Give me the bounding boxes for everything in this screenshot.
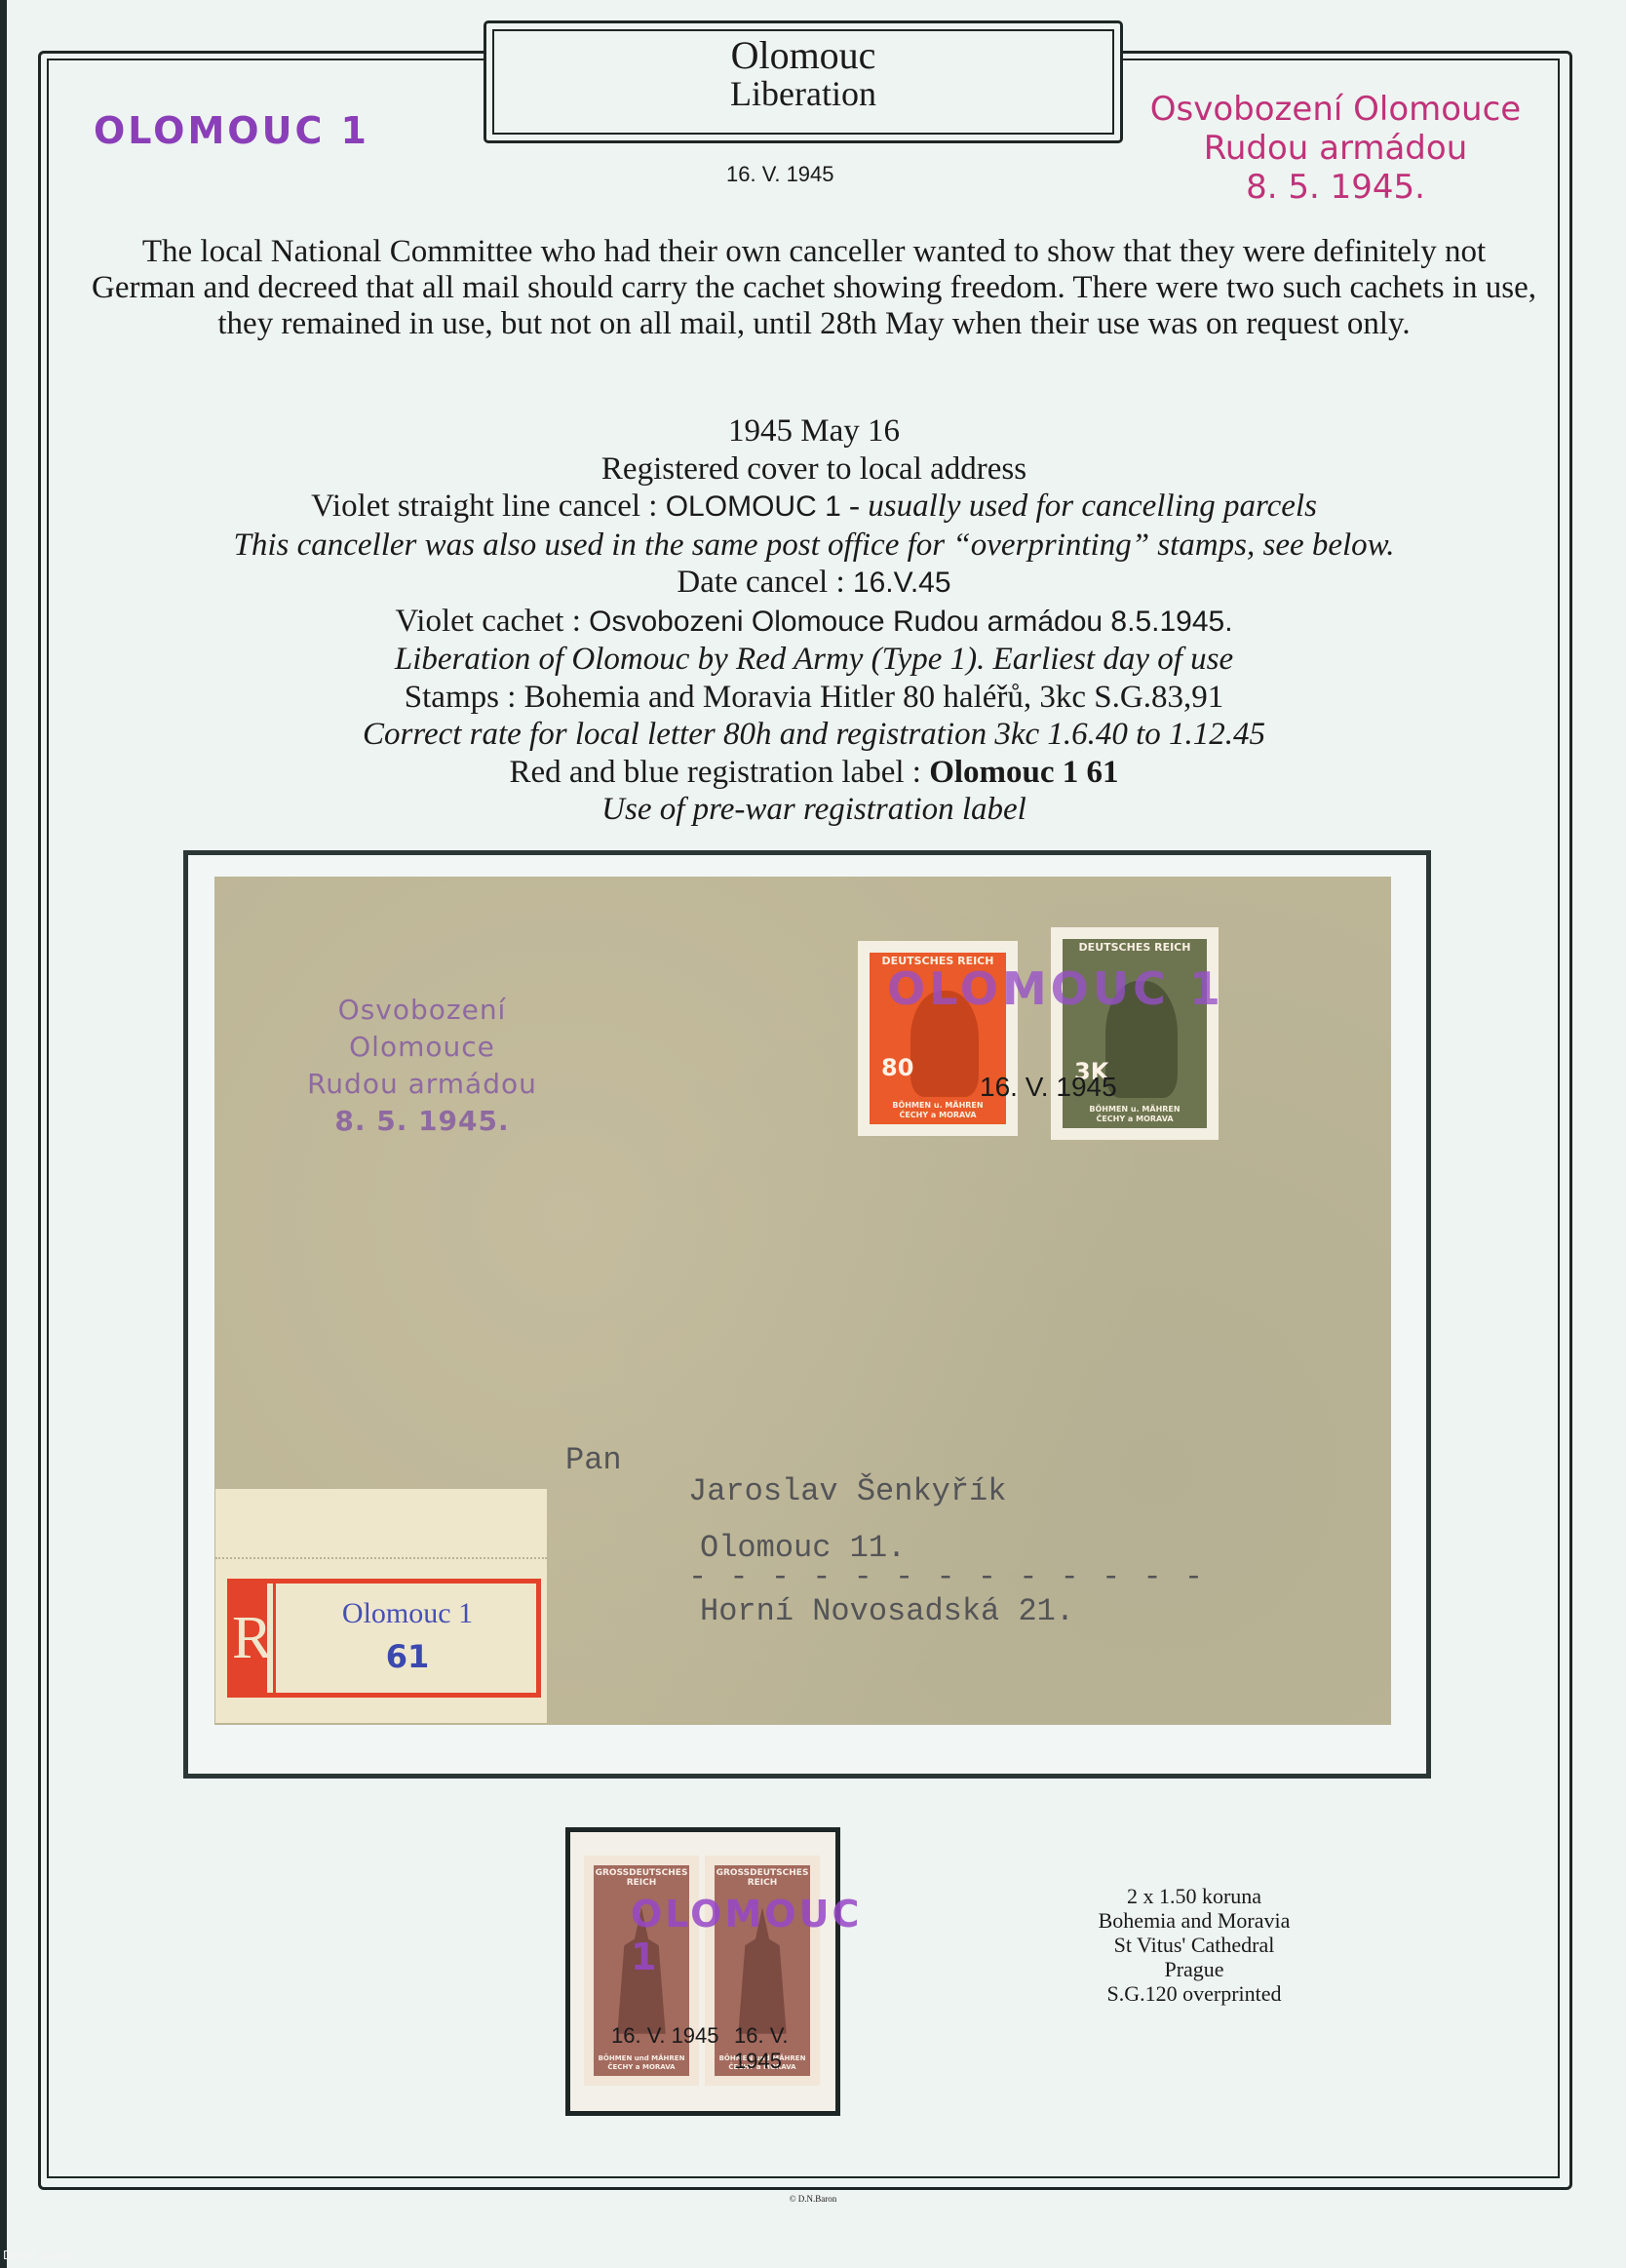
pair-overprint-cancel: OLOMOUC 1 bbox=[631, 1893, 862, 1978]
cover-cachet-line: Rudou armádou bbox=[261, 1066, 583, 1103]
cover-description: 1945 May 16 Registered cover to local ad… bbox=[88, 412, 1540, 829]
stamp-header: DEUTSCHES REICH bbox=[1063, 941, 1207, 954]
stamp-value: 80 bbox=[881, 1054, 913, 1081]
address-salutation: Pan bbox=[565, 1442, 622, 1478]
cover-cachet-line: 8. 5. 1945. bbox=[261, 1103, 583, 1140]
registration-label-box: R Olomouc 1 61 bbox=[227, 1579, 541, 1698]
cachet-line: Osvobození Olomouce bbox=[1121, 90, 1550, 129]
desc-cancel: Violet straight line cancel : OLOMOUC 1 … bbox=[88, 488, 1540, 527]
caption-line: 2 x 1.50 koruna bbox=[1072, 1884, 1316, 1908]
page-title: Olomouc bbox=[486, 35, 1120, 76]
registration-office: Olomouc 1 bbox=[279, 1597, 536, 1630]
cover-cachet-line: Osvobození Olomouce bbox=[261, 992, 583, 1066]
desc-cachet-note: Liberation of Olomouc by Red Army (Type … bbox=[88, 641, 1540, 679]
desc-cancel-value: OLOMOUC 1 bbox=[666, 490, 841, 523]
desc-label: Red and blue registration label : Olomou… bbox=[88, 754, 1540, 792]
desc-cancel-note: - usually used for cancelling parcels bbox=[841, 489, 1317, 524]
desc-date-cancel: Date cancel : 16.V.45 bbox=[88, 564, 1540, 603]
desc-rate: Correct rate for local letter 80h and re… bbox=[88, 716, 1540, 754]
desc-cachet-label: Violet cachet : bbox=[395, 604, 589, 639]
desc-label-label: Red and blue registration label : bbox=[509, 755, 929, 790]
stamp-footer-line: BÖHMEN und MÄHREN bbox=[594, 2054, 689, 2063]
stamp-3k: DEUTSCHES REICH 3K BÖHMEN u. MÄHREN ČECH… bbox=[1051, 927, 1219, 1140]
desc-cancel-label: Violet straight line cancel : bbox=[311, 489, 666, 524]
cover-mount: Osvobození Olomouce Rudou armádou 8. 5. … bbox=[183, 850, 1431, 1779]
title-box: Olomouc Liberation bbox=[484, 20, 1123, 143]
watermark: Derek Baron bbox=[3, 2248, 74, 2262]
stamp-header: GROSSDEUTSCHES REICH bbox=[715, 1868, 810, 1888]
desc-label-value: Olomouc 1 61 bbox=[929, 755, 1118, 790]
page-subtitle: Liberation bbox=[486, 74, 1120, 113]
desc-date-cancel-label: Date cancel : bbox=[677, 565, 852, 600]
desc-date: 1945 May 16 bbox=[88, 412, 1540, 450]
stamp-header: GROSSDEUTSCHES REICH bbox=[594, 1868, 689, 1888]
cachet-specimen: Osvobození Olomouce Rudou armádou 8. 5. … bbox=[1121, 90, 1550, 207]
cachet-line: Rudou armádou bbox=[1121, 129, 1550, 168]
straight-line-cancel-specimen: OLOMOUC 1 bbox=[94, 109, 369, 152]
desc-cachet-value: Osvobozeni Olomouce Rudou armádou 8.5.19… bbox=[589, 606, 1232, 638]
stamp-footer-line: ČECHY a MORAVA bbox=[870, 1111, 1006, 1120]
stamp-footer-line: ČECHY a MORAVA bbox=[1063, 1114, 1207, 1124]
label-selvedge bbox=[215, 1489, 547, 1559]
desc-type: Registered cover to local address bbox=[88, 450, 1540, 489]
registered-cover: Osvobození Olomouce Rudou armádou 8. 5. … bbox=[214, 877, 1391, 1725]
stamp-footer: BÖHMEN u. MÄHREN ČECHY a MORAVA bbox=[870, 1101, 1006, 1120]
cover-date-cancel: 16. V. 1945 bbox=[980, 1072, 1117, 1103]
pair-overprint-date: 16. V. 1945 bbox=[734, 2023, 835, 2074]
stamp-footer-line: BÖHMEN u. MÄHREN bbox=[1063, 1105, 1207, 1114]
stamp-footer-line: ČECHY a MORAVA bbox=[594, 2063, 689, 2072]
registration-number: 61 bbox=[279, 1638, 536, 1675]
pair-caption: 2 x 1.50 koruna Bohemia and Moravia St V… bbox=[1072, 1884, 1316, 2006]
desc-label-note: Use of pre-war registration label bbox=[88, 791, 1540, 829]
cachet-line: 8. 5. 1945. bbox=[1121, 168, 1550, 207]
stamp-footer: BÖHMEN u. MÄHREN ČECHY a MORAVA bbox=[1063, 1105, 1207, 1124]
caption-line: Bohemia and Moravia bbox=[1072, 1908, 1316, 1933]
stamp-footer: BÖHMEN und MÄHREN ČECHY a MORAVA bbox=[594, 2054, 689, 2072]
desc-canceller-note: This canceller was also used in the same… bbox=[88, 527, 1540, 565]
desc-cachet: Violet cachet : Osvobozeni Olomouce Rudo… bbox=[88, 603, 1540, 642]
scan-edge bbox=[0, 0, 7, 2268]
registration-label: R Olomouc 1 61 bbox=[215, 1489, 547, 1723]
caption-line: Prague bbox=[1072, 1957, 1316, 1981]
desc-date-cancel-value: 16.V.45 bbox=[853, 567, 951, 599]
desc-stamps: Stamps : Bohemia and Moravia Hitler 80 h… bbox=[88, 679, 1540, 717]
cover-straight-line-cancel: OLOMOUC 1 bbox=[887, 962, 1224, 1015]
copyright: © D.N.Baron bbox=[0, 2194, 1626, 2204]
caption-line: S.G.120 overprinted bbox=[1072, 1981, 1316, 2006]
address-street: Horní Novosadská 21. bbox=[700, 1593, 1074, 1629]
pair-overprint-date: 16. V. 1945 bbox=[611, 2023, 719, 2049]
stamp-pair-mount: GROSSDEUTSCHES REICH BÖHMEN und MÄHREN Č… bbox=[565, 1827, 840, 2116]
label-divider-line bbox=[273, 1584, 276, 1693]
address-name: Jaroslav Šenkyřík bbox=[688, 1473, 1006, 1509]
address-underline: - - - - - - - - - - - - - bbox=[688, 1559, 1205, 1595]
cover-cachet: Osvobození Olomouce Rudou armádou 8. 5. … bbox=[261, 992, 583, 1140]
intro-paragraph: The local National Committee who had the… bbox=[88, 234, 1540, 342]
registration-r-letter: R bbox=[232, 1584, 267, 1693]
caption-line: St Vitus' Cathedral bbox=[1072, 1933, 1316, 1957]
date-cancel-specimen: 16. V. 1945 bbox=[726, 162, 834, 187]
